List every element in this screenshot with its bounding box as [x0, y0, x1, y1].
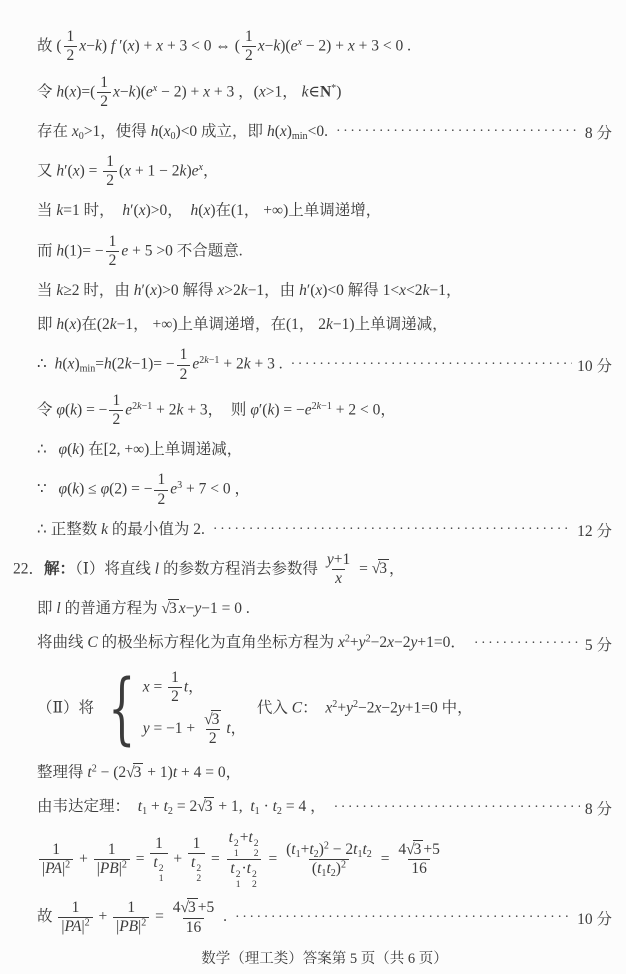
fraction-denominator: 2 — [103, 171, 117, 190]
formula: 令 φ(k) = −12e2k−1 + 2k + 3， 则 φ′(k) = −e… — [37, 392, 396, 430]
math-text: 1 — [100, 74, 108, 91]
math-text: 16 — [186, 919, 202, 936]
math-text: 16 — [411, 860, 427, 877]
math-line: ∴ 正整数 k 的最小值为 2.························… — [37, 517, 612, 543]
sub-sup-stack: 21 — [236, 870, 241, 890]
math-text: 4 — [173, 899, 181, 916]
math-text: ′( — [115, 37, 127, 54]
math-text: 1 — [193, 835, 201, 852]
fraction-denominator: 2 — [106, 251, 120, 270]
radicand: 3 — [204, 797, 215, 815]
math-text: 1 — [127, 899, 135, 916]
fraction-numerator: 4√3+5 — [170, 898, 218, 917]
fraction-numerator: 1 — [97, 74, 111, 92]
math-text: )在(1， +∞)上单调递增， — [210, 202, 381, 219]
math-text: 1 — [67, 28, 75, 45]
math-text: 代入 — [249, 699, 292, 716]
math-text: 3 — [169, 600, 177, 617]
math-variable: y — [346, 699, 353, 716]
formula: ∵ φ(k) ≤ φ(2) = −12e3 + 7 < 0 ， — [37, 471, 250, 509]
radicand: 3 — [211, 710, 222, 728]
math-text: 3 — [212, 711, 220, 728]
math-text: 的参数方程消去参数得 — [159, 560, 322, 577]
math-text: 令 — [37, 83, 56, 100]
math-variable: x — [164, 123, 171, 140]
math-variable: e — [146, 83, 153, 100]
stack-subscript: 1 — [236, 880, 241, 890]
math-variable: h — [56, 242, 64, 259]
formula: 又 h′(x) = 12(x + 1 − 2k)ex， — [37, 153, 218, 191]
superscript: 2 — [85, 918, 90, 929]
math-text: − 2 — [329, 841, 353, 858]
math-text: 1 — [112, 392, 120, 409]
math-text: 故 ( — [37, 37, 62, 54]
math-text: >2 — [224, 282, 241, 299]
math-text: ′( — [130, 202, 139, 219]
math-text: −1，由 — [248, 282, 299, 299]
math-variable: φ — [59, 441, 68, 458]
fraction-numerator: 4√3+5 — [395, 840, 443, 859]
math-text: 1 — [108, 841, 116, 858]
formula: 故 1|PA|2 + 1|PB|2 = 4√3+516 . — [37, 898, 227, 937]
fraction-denominator: t21 — [150, 853, 167, 884]
math-variable: t — [248, 829, 252, 846]
math-text: 又 — [37, 162, 56, 179]
math-text: 1 — [52, 841, 60, 858]
math-text: −1 = 0 . — [201, 600, 249, 617]
formula: 22．解：（Ⅰ）将直线 l 的参数方程消去参数得 y+1x = √3， — [13, 551, 405, 589]
left-brace: { — [108, 665, 135, 753]
math-text: ) = − — [77, 401, 107, 418]
math-text: + 2 < 0， — [332, 401, 396, 418]
math-text: −1 — [209, 355, 220, 366]
radicand: 3 — [378, 559, 389, 577]
fraction-numerator: 1 — [109, 392, 123, 410]
fraction: 1t21 — [150, 835, 167, 885]
math-text: 即 — [37, 316, 56, 333]
math-text: 的普通方程为 — [61, 600, 162, 617]
math-line: 又 h′(x) = 12(x + 1 − 2k)ex， — [37, 153, 612, 191]
fraction-denominator: |PB|2 — [113, 917, 149, 936]
formula: 整理得 t2 − (2√3 + 1)t + 4 = 0， — [37, 762, 241, 784]
math-variable: x — [139, 202, 146, 219]
math-text: + 1) — [143, 764, 172, 781]
square-root: √3 — [126, 764, 143, 781]
math-text: = — [265, 850, 282, 867]
math-line: 故 1|PA|2 + 1|PB|2 = 4√3+516 .···········… — [37, 898, 612, 937]
math-text: −2 — [371, 634, 388, 651]
math-text: −1)= − — [132, 356, 175, 373]
math-text: −1 — [142, 401, 153, 412]
superscript: 2 — [122, 859, 127, 870]
math-text: ) = — [80, 162, 102, 179]
math-text: ∈ — [308, 83, 319, 100]
math-text: = — [151, 908, 168, 925]
math-text: ′( — [142, 282, 151, 299]
math-text: + 5 >0 不合题意. — [128, 242, 242, 259]
formula: ∴ h(x)min=h(2k−1)= −12e2k−1 + 2k + 3 . — [37, 346, 283, 384]
math-variable: k — [326, 316, 333, 333]
fraction-denominator: |PB|2 — [94, 859, 130, 878]
math-line: 故 (12x−k) f ′(x) + x + 3 < 0 ⇔ (12x−k)(e… — [37, 28, 612, 66]
formula: 而 h(1)= −12e + 5 >0 不合题意. — [37, 233, 243, 271]
math-text: 2 — [100, 93, 108, 110]
math-text: 2 — [109, 252, 117, 269]
square-root: √3 — [161, 600, 178, 617]
math-text: 3 — [414, 841, 422, 858]
square-root: √3 — [372, 560, 389, 577]
math-text: ， — [203, 162, 219, 179]
math-text: · — [260, 798, 273, 815]
math-variable: x — [203, 83, 210, 100]
math-variable: x — [387, 634, 394, 651]
sub-sup-stack: 22 — [252, 870, 257, 890]
math-text: ) — [336, 83, 341, 100]
fraction: t21+t22t21·t22 — [226, 829, 263, 891]
fraction: 1|PA|2 — [39, 841, 73, 879]
page-footer: 数学（理工类）答案第 5 页（共 6 页） — [37, 941, 612, 972]
fraction-numerator: y+1 — [324, 551, 353, 569]
math-text: 3 — [379, 560, 387, 577]
math-variable: x — [280, 123, 287, 140]
math-text: + 3 . — [251, 356, 283, 373]
math-line: ∴ h(x)min=h(2k−1)= −12e2k−1 + 2k + 3 .··… — [37, 346, 612, 384]
math-text: )( — [136, 83, 146, 100]
math-variable: e — [192, 162, 199, 179]
stack-subscript: 2 — [254, 849, 259, 859]
math-text: >1， — [266, 83, 302, 100]
math-text: )>0， — [146, 202, 191, 219]
math-text: ) ≤ — [79, 481, 100, 498]
superscript: 2k−1 — [312, 401, 332, 412]
math-text: − — [120, 83, 129, 100]
formula: （Ⅱ）将{x = 12t，y = −1 + √32t， 代入 C： x2+y2−… — [37, 665, 473, 753]
math-variable: x — [143, 678, 150, 695]
math-line: 而 h(1)= −12e + 5 >0 不合题意. — [37, 233, 612, 271]
math-variable: C — [292, 699, 302, 716]
math-line: 存在 x0>1，使得 h(x0)<0 成立，即 h(x)min<0.······… — [37, 119, 612, 145]
fraction-numerator: 1 — [168, 669, 182, 687]
math-line: 当 k=1 时， h′(x)>0， h(x)在(1， +∞)上单调递增， — [37, 199, 612, 225]
math-text: + 3 ，( — [210, 83, 259, 100]
math-variable: h — [56, 316, 64, 333]
math-line: 整理得 t2 − (2√3 + 1)t + 4 = 0， — [37, 761, 612, 787]
fraction: 4√3+516 — [395, 840, 443, 879]
math-text: 2 — [180, 366, 188, 383]
math-line: 将曲线 C 的极坐标方程化为直角坐标方程为 x2+y2−2x−2y+1=0．··… — [37, 631, 612, 657]
math-variable: φ — [59, 481, 68, 498]
math-text: ≥2 时，由 — [63, 282, 134, 299]
fraction: 12 — [103, 153, 117, 191]
math-text: = — [132, 850, 149, 867]
fraction-denominator: t22 — [188, 853, 205, 884]
math-text: <2 — [406, 282, 423, 299]
square-root: √3 — [204, 711, 221, 728]
math-text: 故 — [37, 908, 56, 925]
math-variable: e — [305, 401, 312, 418]
dotted-leader: ········································… — [235, 911, 572, 925]
math-text: + 2 — [219, 356, 243, 373]
score-label: 5 分 — [585, 633, 612, 655]
math-text: 3 — [205, 798, 213, 815]
math-variable: C — [87, 634, 97, 651]
math-text: 1 — [180, 346, 188, 363]
math-text: 而 — [37, 242, 56, 259]
fraction-numerator: 1 — [105, 841, 119, 859]
fraction-numerator: 1 — [152, 835, 166, 853]
math-text: 当 — [37, 282, 56, 299]
fraction-numerator: 1 — [177, 346, 191, 364]
math-text: (1)= − — [64, 242, 103, 259]
bold-text: N — [320, 83, 331, 100]
dotted-leader: ········································… — [213, 523, 572, 537]
system-row: y = −1 + √32t， — [143, 710, 246, 749]
formula: ∴ 正整数 k 的最小值为 2. — [37, 519, 205, 541]
math-text: 3 — [188, 899, 196, 916]
math-line: 由韦达定理： t1 + t2 = 2√3 + 1, t1 · t2 = 4 ，·… — [37, 795, 612, 821]
math-text: 1 — [72, 899, 80, 916]
math-text: +1=0 中， — [405, 699, 473, 716]
math-text: ) = − — [274, 401, 304, 418]
fraction: 12 — [168, 669, 182, 707]
math-text: ， — [231, 719, 247, 736]
math-text: = 2 — [173, 798, 197, 815]
fraction-numerator: 1 — [103, 153, 117, 171]
math-text: 4 — [398, 841, 406, 858]
fraction: 12 — [97, 74, 111, 112]
subscript: min — [80, 364, 96, 375]
math-text: ， — [188, 678, 204, 695]
equation-system: {x = 12t，y = −1 + √32t， — [97, 665, 246, 753]
math-text: 2 — [106, 172, 114, 189]
math-text: = — [95, 356, 104, 373]
math-text: = — [150, 678, 167, 695]
math-variable: t — [153, 854, 157, 871]
math-variable: t — [191, 854, 195, 871]
math-variable: PA — [45, 860, 62, 877]
sub-sup-stack: 21 — [234, 839, 239, 859]
formula: 即 l 的普通方程为 √3x−y−1 = 0 . — [37, 598, 250, 620]
fraction: √32 — [201, 710, 224, 749]
math-text: 2 — [171, 688, 179, 705]
math-line: （Ⅱ）将{x = 12t，y = −1 + √32t， 代入 C： x2+y2−… — [37, 665, 612, 753]
math-text: + — [75, 850, 92, 867]
fraction-numerator: 1 — [69, 899, 83, 917]
math-variable: h — [56, 162, 64, 179]
formula: 令 h(x)=(12x−k)(ex − 2) + x + 3 ，(x>1， k∈… — [37, 74, 341, 112]
square-root: √3 — [197, 798, 214, 815]
math-line: 1|PA|2 + 1|PB|2 = 1t21 + 1t22 = t21+t22t… — [37, 829, 612, 891]
math-text: +1=0． — [417, 634, 465, 651]
superscript: 2 — [141, 918, 146, 929]
math-text: 的最小值为 2. — [108, 521, 205, 538]
fraction: (t1+t2)2 − 2t1t2(t1t2)2 — [283, 841, 375, 879]
formula: 1|PA|2 + 1|PB|2 = 1t21 + 1t22 = t21+t22t… — [37, 829, 445, 891]
fraction-denominator: 2 — [242, 46, 256, 65]
math-text: −2 — [358, 699, 375, 716]
math-variable: k — [70, 401, 77, 418]
score-label: 10 分 — [577, 354, 612, 376]
formula: 存在 x0>1，使得 h(x0)<0 成立，即 h(x)min<0. — [37, 121, 328, 143]
math-variable: t — [230, 860, 234, 877]
math-text: 2 — [245, 47, 253, 64]
subscript: min — [292, 131, 308, 142]
fraction: 12 — [64, 28, 78, 66]
sub-sup-stack: 22 — [254, 839, 259, 859]
math-variable: k — [244, 356, 251, 373]
math-text: + 2 — [152, 401, 176, 418]
math-text: − 2) + — [302, 37, 348, 54]
formula: 故 (12x−k) f ′(x) + x + 3 < 0 ⇔ (12x−k)(e… — [37, 28, 411, 66]
math-text: 2 — [209, 730, 217, 747]
fraction: 12 — [177, 346, 191, 384]
math-variable: k — [129, 83, 136, 100]
math-text: −2 — [381, 699, 398, 716]
math-text: + 3 < 0 . — [355, 37, 411, 54]
math-text: ) — [102, 37, 111, 54]
fraction-numerator: 1 — [64, 28, 78, 46]
math-line: 22．解：（Ⅰ）将直线 l 的参数方程消去参数得 y+1x = √3， — [13, 551, 612, 589]
fraction-denominator: 16 — [183, 918, 205, 937]
math-text: ) + — [135, 37, 157, 54]
fraction-denominator: 2 — [206, 729, 220, 748]
math-text: −1 — [321, 401, 332, 412]
math-text: − (2 — [97, 764, 126, 781]
math-line: 令 h(x)=(12x−k)(ex − 2) + x + 3 ，(x>1， k∈… — [37, 74, 612, 112]
math-variable: PB — [119, 918, 138, 935]
fraction-numerator: 1 — [190, 835, 204, 853]
system-row: x = 12t， — [143, 669, 204, 707]
radicand: 3 — [133, 763, 144, 781]
math-text: + 1, — [214, 798, 250, 815]
math-text: 整理得 — [37, 764, 87, 781]
math-text: )在(2 — [76, 316, 110, 333]
fraction: 12 — [109, 392, 123, 430]
solution-lines: 故 (12x−k) f ′(x) + x + 3 < 0 ⇔ (12x−k)(e… — [37, 24, 612, 941]
math-line: ∴ φ(k) 在[2, +∞)上单调递减， — [37, 437, 612, 463]
fraction: 4√3+516 — [170, 898, 218, 937]
math-text: + — [170, 850, 187, 867]
math-text: 将曲线 — [37, 634, 87, 651]
math-text: 22． — [13, 560, 44, 577]
math-text: （Ⅱ）将 — [37, 699, 94, 716]
fraction-denominator: |PA|2 — [39, 859, 73, 878]
fraction: 12 — [106, 233, 120, 271]
sub-sup-stack: 21 — [159, 864, 164, 884]
math-text: = −1 + — [150, 719, 199, 736]
math-variable: k — [241, 282, 248, 299]
stack-subscript: 2 — [196, 874, 201, 884]
math-text: + — [95, 908, 112, 925]
math-text: 即 — [37, 600, 56, 617]
subscript: 2 — [367, 849, 372, 860]
math-text: (2 — [112, 356, 125, 373]
fraction-numerator: t21+t22 — [226, 829, 263, 859]
math-text: 当 — [37, 202, 56, 219]
math-variable: x — [258, 37, 265, 54]
fraction-denominator: 2 — [154, 490, 168, 509]
fraction-numerator: √3 — [201, 710, 224, 729]
math-text: +1 — [334, 551, 351, 568]
math-text: +5 — [198, 899, 215, 916]
math-text: （Ⅰ）将直线 — [75, 560, 155, 577]
math-variable: y — [398, 699, 405, 716]
math-text: − 2) + — [157, 83, 203, 100]
math-variable: h — [122, 202, 130, 219]
math-text: 由韦达定理： — [37, 798, 138, 815]
fraction: 12 — [154, 471, 168, 509]
fraction-numerator: 1 — [242, 28, 256, 46]
fraction-numerator: (t1+t2)2 − 2t1t2 — [283, 841, 375, 859]
math-text: 1 — [155, 835, 163, 852]
dotted-leader: ········································… — [474, 637, 580, 651]
math-text: ) 在[2, +∞)上单调递减， — [79, 441, 242, 458]
math-variable: h — [134, 282, 142, 299]
math-text: <0. — [308, 123, 328, 140]
math-variable: k — [110, 316, 117, 333]
math-variable: k — [95, 37, 102, 54]
fraction-denominator: 16 — [408, 859, 430, 878]
fraction: 1|PA|2 — [58, 899, 92, 937]
math-text: )=( — [76, 83, 95, 100]
fraction-denominator: |PA|2 — [58, 917, 92, 936]
fraction-numerator: 1 — [154, 471, 168, 489]
math-text: + 4 = 0， — [177, 764, 241, 781]
math-variable: y — [327, 551, 334, 568]
math-text: ， — [389, 560, 405, 577]
math-variable: x — [335, 570, 342, 587]
system-rows: x = 12t，y = −1 + √32t， — [143, 669, 246, 748]
sub-sup-stack: 22 — [196, 864, 201, 884]
stack-subscript: 1 — [159, 874, 164, 884]
math-text: )<0 解得 1< — [322, 282, 399, 299]
math-variable: y — [143, 719, 150, 736]
math-text: 的极坐标方程化为直角坐标方程为 — [98, 634, 338, 651]
math-text: (2) = − — [109, 481, 152, 498]
stack-subscript: 2 — [252, 880, 257, 890]
stack-subscript: 1 — [234, 849, 239, 859]
math-text: + 1 − 2 — [131, 162, 179, 179]
math-text: = — [355, 560, 372, 577]
math-variable: h — [267, 123, 275, 140]
math-text: 1 — [171, 669, 179, 686]
dotted-leader: ········································… — [291, 358, 573, 372]
math-variable: y — [359, 634, 366, 651]
math-text: ′( — [64, 162, 73, 179]
math-text: + 3， 则 — [183, 401, 250, 418]
math-text: >1，使得 — [84, 123, 151, 140]
radicand: 3 — [168, 599, 179, 617]
math-line: 令 φ(k) = −12e2k−1 + 2k + 3， 则 φ′(k) = −e… — [37, 392, 612, 430]
math-variable: φ — [101, 481, 110, 498]
math-text: 2 — [112, 411, 120, 428]
math-variable: t — [229, 829, 233, 846]
score-label: 12 分 — [577, 519, 612, 541]
fraction-denominator: 2 — [109, 410, 123, 429]
superscript: 2 — [341, 859, 346, 870]
math-text: + — [147, 798, 164, 815]
math-variable: h — [104, 356, 112, 373]
fraction: 1|PB|2 — [113, 899, 149, 937]
math-variable: x — [150, 282, 157, 299]
score-label: 8 分 — [585, 121, 612, 143]
bold-text: 解： — [44, 560, 75, 577]
math-text: 1 — [106, 153, 114, 170]
math-variable: x — [72, 123, 79, 140]
math-text: )>0 解得 — [157, 282, 217, 299]
math-variable: h — [299, 282, 307, 299]
math-text: 令 — [37, 401, 56, 418]
